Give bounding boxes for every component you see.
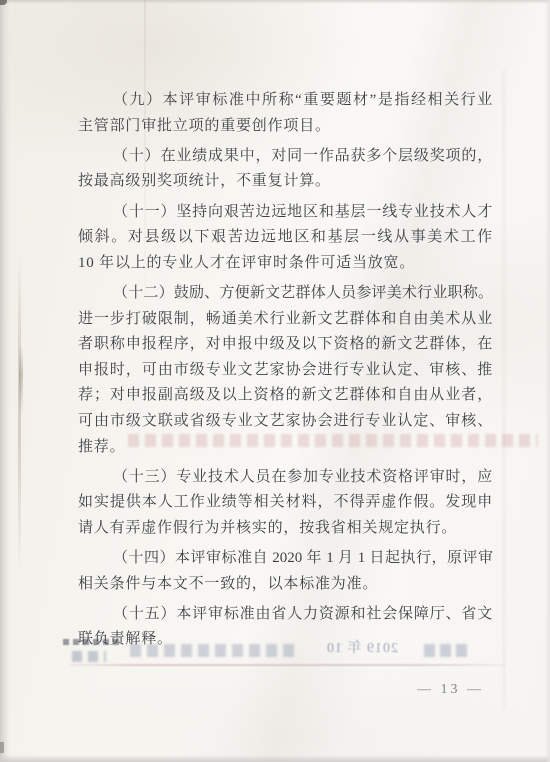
text-line: （十一）坚持向艰苦边远地区和基层一线专业技术人才 [78,200,493,226]
showthrough-text-row [424,644,468,657]
paragraph-10: （十）在业绩成果中，对同一作品获多个层级奖项的， 按最高级别奖项统计，不重复计算… [78,144,493,195]
paragraph-9: （九）本评审标准中所称“重要题材”是指经相关行业 主管部门审批立项的重要创作项目… [78,88,493,139]
text-line: （十）在业绩成果中，对同一作品获多个层级奖项的， [78,144,493,170]
paper-crease-right [501,70,507,710]
showthrough-mirrored-date: 2019 年 10 [298,641,398,657]
showthrough-smudge [63,639,119,645]
showthrough-smudge [72,651,106,662]
text-line: 可由市级文联或省级专业文艺家协会进行专业认定、审核、 [78,409,493,435]
page-edge-shadow-top [0,0,550,4]
page-number: — 13 — [417,681,484,699]
text-line: 按最高级别奖项统计，不重复计算。 [78,169,493,195]
paragraph-14: （十四）本评审标准自 2020 年 1 月 1 日起执行，原评审 相关条件与本文… [78,546,493,597]
paragraph-13: （十三）专业技术人员在参加专业技术资格评审时，应 如实提供本人工作业绩等相关材料… [78,465,493,542]
scanned-page: （九）本评审标准中所称“重要题材”是指经相关行业 主管部门审批立项的重要创作项目… [0,0,550,762]
text-line: （十四）本评审标准自 2020 年 1 月 1 日起执行，原评审 [78,546,493,572]
text-line: （十五）本评审标准由省人力资源和社会保障厅、省文 [78,602,493,628]
document-body: （九）本评审标准中所称“重要题材”是指经相关行业 主管部门审批立项的重要创作项目… [78,88,493,653]
paragraph-11: （十一）坚持向艰苦边远地区和基层一线专业技术人才 倾斜。对县级以下艰苦边远地区和… [78,200,493,277]
paper-crease-left-dark [19,345,23,417]
text-line: 相关条件与本文不一致的，以本标准为准。 [78,572,493,598]
page-edge-shadow-left [0,0,10,762]
showthrough-red-text-row [128,434,538,447]
text-line: 请人有弄虚作假行为并核实的，按我省相关规定执行。 [78,516,493,542]
page-edge-shadow-bottom [0,755,550,762]
page-edge-shadow-right [545,0,550,762]
text-line: 10 年以上的专业人才在评审时条件可适当放宽。 [78,251,493,277]
text-line: （九）本评审标准中所称“重要题材”是指经相关行业 [78,88,493,114]
text-line: 荐；对申报副高级及以上资格的新文艺群体和自由从业者， [78,383,493,409]
text-line: 如实提供本人工作业绩等相关材料，不得弄虚作假。发现申 [78,490,493,516]
text-line: 倾斜。对县级以下艰苦边远地区和基层一线从事美术工作 [78,225,493,251]
scan-edge-speck [0,742,4,753]
showthrough-text-row [130,644,298,657]
text-line: （十三）专业技术人员在参加专业技术资格评审时，应 [78,465,493,491]
text-line: 进一步打破限制，畅通美术行业新文艺群体和自由美术从业 [78,307,493,333]
showthrough-horizontal-rule [70,664,506,666]
text-line: 申报时，可由市级专业文艺家协会进行专业认定、审核、推 [78,358,493,384]
text-line: 主管部门审批立项的重要创作项目。 [78,114,493,140]
text-line: 者职称申报程序，对申报中级及以下资格的新文艺群体，在 [78,332,493,358]
text-line: （十二）鼓励、方便新文艺群体人员参评美术行业职称。 [78,281,493,307]
